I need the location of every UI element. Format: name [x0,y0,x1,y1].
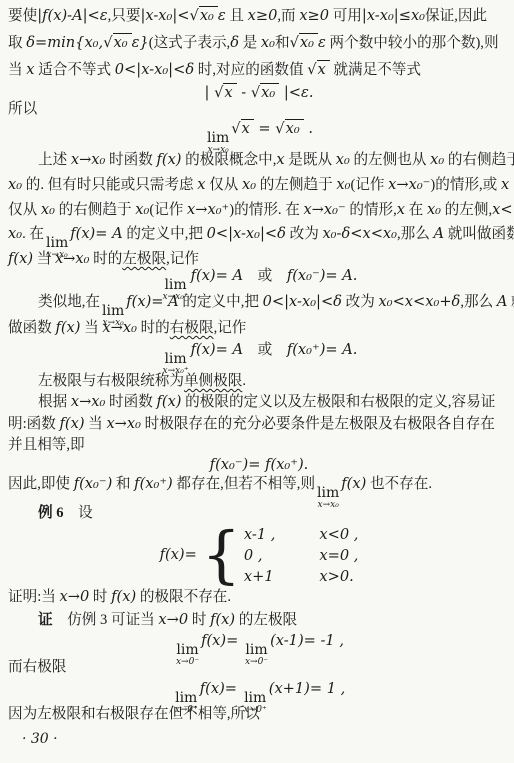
math-run: |f(x)-A|<ε [37,7,107,24]
text-run: 仿例 3 可证当 [53,612,159,628]
math-run: = [254,120,276,137]
example-6-heading: 例 6 设 [8,500,510,526]
math-run: f(x₀⁻) [74,475,113,492]
text-run: 两个数中较小的那个数),则 [326,35,499,51]
text-run: 当 [85,416,107,432]
math-run: A [497,293,508,310]
math-run: x₀-δ<x<x₀ [322,225,397,242]
bold-text: 证 [38,612,53,628]
text-run: 要使 [8,8,37,24]
math-run: x₀ [41,201,55,218]
text-run: 当 [8,62,26,78]
text-run: (记作 [350,177,388,193]
math-run: x→0 [60,588,90,605]
text-run: 和 [275,35,290,51]
math-run: δ [230,34,239,51]
math-run: f(x) [156,151,181,168]
underlined-term: 右极限 [170,320,214,336]
text-run: ,只要 [108,8,141,24]
text-line-01: 要使|f(x)-A|<ε,只要|x-x₀|<√x₀ε 且 x≥0,而 x≥0 可… [8,3,510,29]
math-run: (x-1)= -1 , [270,632,344,649]
math-run: f(x) [111,588,136,605]
sqrt-expression: √x₀ [275,119,303,137]
text-run: 所以 [8,101,37,117]
text-line-09: 仅从 x₀ 的右侧趋于 x₀(记作 x→x₀⁺)的情形. 在 x→x₀⁻ 的情形… [8,197,510,223]
math-run: x→x₀⁻ [388,176,430,193]
math-run: f(x) [156,393,181,410]
math-run: x₀ [8,225,22,242]
text-run: . [242,373,246,389]
text-run: 是 [239,35,261,51]
math-run: x→x₀ [106,415,141,432]
text-run: 取 [8,35,26,51]
math-run: f(x)= A [191,341,243,358]
text-run: )的情形. 在 [229,202,303,218]
math-run: (x+1)= 1 , [269,680,346,697]
underlined-term: 单侧极限 [184,373,242,389]
text-run: 的左侧, [441,202,492,218]
text-run: 的左极限 [235,612,297,628]
case-condition: x=0 , [319,546,358,566]
math-run: x→x₀ [71,151,106,168]
text-run: 时函数 [105,152,156,168]
math-run: |x-x₀|< [140,7,189,24]
text-run: 证明:当 [8,589,60,605]
text-run: 时 [89,589,111,605]
text-run: 类似地,在 [38,294,100,310]
curly-brace: { [201,526,240,585]
text-run: 的. 但有时只能或只需考虑 [22,177,197,193]
math-run: f(x) [210,611,235,628]
math-run: f(x)= [201,632,243,649]
bold-text: 例 6 [38,505,64,521]
text-run: 的右侧趋于 [444,152,514,168]
text-run: 因此,即使 [8,476,74,492]
math-run: x→x₀ [71,393,106,410]
math-run: δ=min{x₀, [26,34,103,51]
math-run: x→0 [158,611,188,628]
math-run: x₀ [430,151,444,168]
math-run: x₀ [8,176,22,193]
math-run: x< [492,201,512,218]
math-run: f(x₀⁻)= A. [287,267,358,284]
text-run: 且 [226,8,248,24]
math-run: f(x)= A [70,225,122,242]
case-expression: 0 , [244,546,275,566]
math-run: x₀<x<x₀+δ [378,293,460,310]
text-run: 时,对应的函数值 [194,62,307,78]
math-run: f(x)= A [126,293,178,310]
math-run: x₀ [336,151,350,168]
text-run: . 在 [22,226,44,242]
math-run: |x-x₀|≤x₀ [362,7,425,24]
math-run: f(x)= [160,546,202,563]
text-run: 当 [80,320,102,336]
sqrt-expression: √x [307,60,330,78]
sqrt-expression: √x [231,119,254,137]
text-run: 的左侧趋于 [256,177,336,193]
text-run: ,记作 [214,320,247,336]
math-run: x [276,151,284,168]
text-run: 明:函数 [8,416,60,432]
text-run: 而右极限 [8,659,66,675]
text-run: 时极限存在的充分必要条件是左极限及右极限各自存在 [141,416,495,432]
math-run: ε [218,7,226,24]
math-run: x [397,201,405,218]
text-run: 可用 [329,8,362,24]
math-run: x₀ [427,201,441,218]
case-expression: x-1 , [244,525,275,545]
text-run: 做函数 [8,320,55,336]
text-line-29: 因为左极限和右极限存在但不相等,所以 [8,701,510,727]
text-run: 适合不等式 [34,62,114,78]
text-run: 或 [243,342,287,358]
math-run: 0<|x-x₀|<δ [263,293,342,310]
math-run: x≥0 [299,7,329,24]
math-run: x₀ [135,201,149,218]
math-run: f(x₀⁺)= A. [287,341,358,358]
text-run: (记作 [149,202,187,218]
text-run: (这式子表示, [149,35,230,51]
math-run: x→x₀⁻ [303,201,345,218]
text-run: ,那么 [460,294,497,310]
math-run: f(x)= [200,680,242,697]
math-run: x [501,176,509,193]
text-run: 都存在,但若不相等,则 [173,476,315,492]
math-run: x→x₀⁺ [187,201,229,218]
math-run: 0<|x-x₀|<δ [115,61,194,78]
text-run: 时函数 [105,394,156,410]
text-run: 时的 [137,320,170,336]
cases-rows: x-1 ,x<0 ,0 ,x=0 ,x+1x>0. [244,525,359,587]
text-run: 改为 [342,294,379,310]
text-run: 左极限与右极限统称为 [38,373,184,389]
text-line-08: x₀ 的. 但有时只能或只需考虑 x 仅从 x₀ 的左侧趋于 x₀(记作 x→x… [8,172,510,198]
sqrt-expression: √x₀ [103,33,131,51]
text-run: 的极限不存在. [136,589,231,605]
page-number: · 30 · [22,731,58,747]
text-run: 也不存在. [366,476,432,492]
text-run: 并且相等,即 [8,437,85,453]
text-run: 就叫做函数 [444,226,514,242]
text-run: 和 [112,476,134,492]
math-run: ε} [132,34,149,51]
math-run: f(x) [55,319,80,336]
text-run: 的右侧趋于 [55,202,135,218]
text-run: 的定义中,把 [123,226,207,242]
math-run: x₀ [261,34,275,51]
text-run: 在 [405,202,427,218]
text-run: ,那么 [397,226,434,242]
text-run: 就满足不等式 [330,62,421,78]
text-run: 的极限概念中, [182,152,277,168]
text-line-02: 取 δ=min{x₀,√x₀ε}(这式子表示,δ 是 x₀和√x₀ε 两个数中较… [8,30,510,56]
text-run: 的极限的定义以及左极限和右极限的定义,容易证 [182,394,496,410]
math-run: A [434,225,445,242]
text-run: 就叫 [507,294,514,310]
text-run: 改为 [286,226,323,242]
text-run: 是既从 [285,152,336,168]
text-run: 仅从 [205,177,242,193]
math-run: f(x₀⁺) [134,475,173,492]
text-run: 的左侧也从 [350,152,430,168]
text-run: 仅从 [8,202,41,218]
math-run: . [304,120,313,137]
formula-piecewise-function: f(x)= {x-1 ,x<0 ,0 ,x=0 ,x+1x>0. [8,524,510,587]
text-run: 根据 [38,394,71,410]
text-run: ,而 [277,8,299,24]
text-run: 上述 [38,152,71,168]
sqrt-expression: √x₀ [290,33,318,51]
case-condition: x<0 , [319,525,358,545]
math-run: x≥0 [248,7,278,24]
text-run: 保证,因此 [425,8,487,24]
math-run: x→x₀ [102,319,137,336]
text-run: 或 [243,268,287,284]
math-run: f(x) [341,475,366,492]
math-run: x₀ [336,176,350,193]
math-run: 0<|x-x₀|<δ [207,225,286,242]
text-run: 设 [64,505,93,521]
text-run: )的情形,或 [430,177,501,193]
math-run: f(x)= A [191,267,243,284]
text-run: 因为左极限和右极限存在但不相等,所以 [8,706,260,722]
math-run: ε [318,34,326,51]
math-run: f(x) [60,415,85,432]
text-run: 时 [188,612,210,628]
piecewise-cases: {x-1 ,x<0 ,0 ,x=0 ,x+1x>0. [201,525,358,587]
text-run: 的定义中,把 [179,294,263,310]
scanned-textbook-page: 要使|f(x)-A|<ε,只要|x-x₀|<√x₀ε 且 x≥0,而 x≥0 可… [0,0,514,763]
text-run: 的情形, [346,202,397,218]
math-run: x₀ [242,176,256,193]
text-line-07: 上述 x→x₀ 时函数 f(x) 的极限概念中,x 是既从 x₀ 的左侧也从 x… [8,147,510,173]
sqrt-expression: √x₀ [190,6,218,24]
